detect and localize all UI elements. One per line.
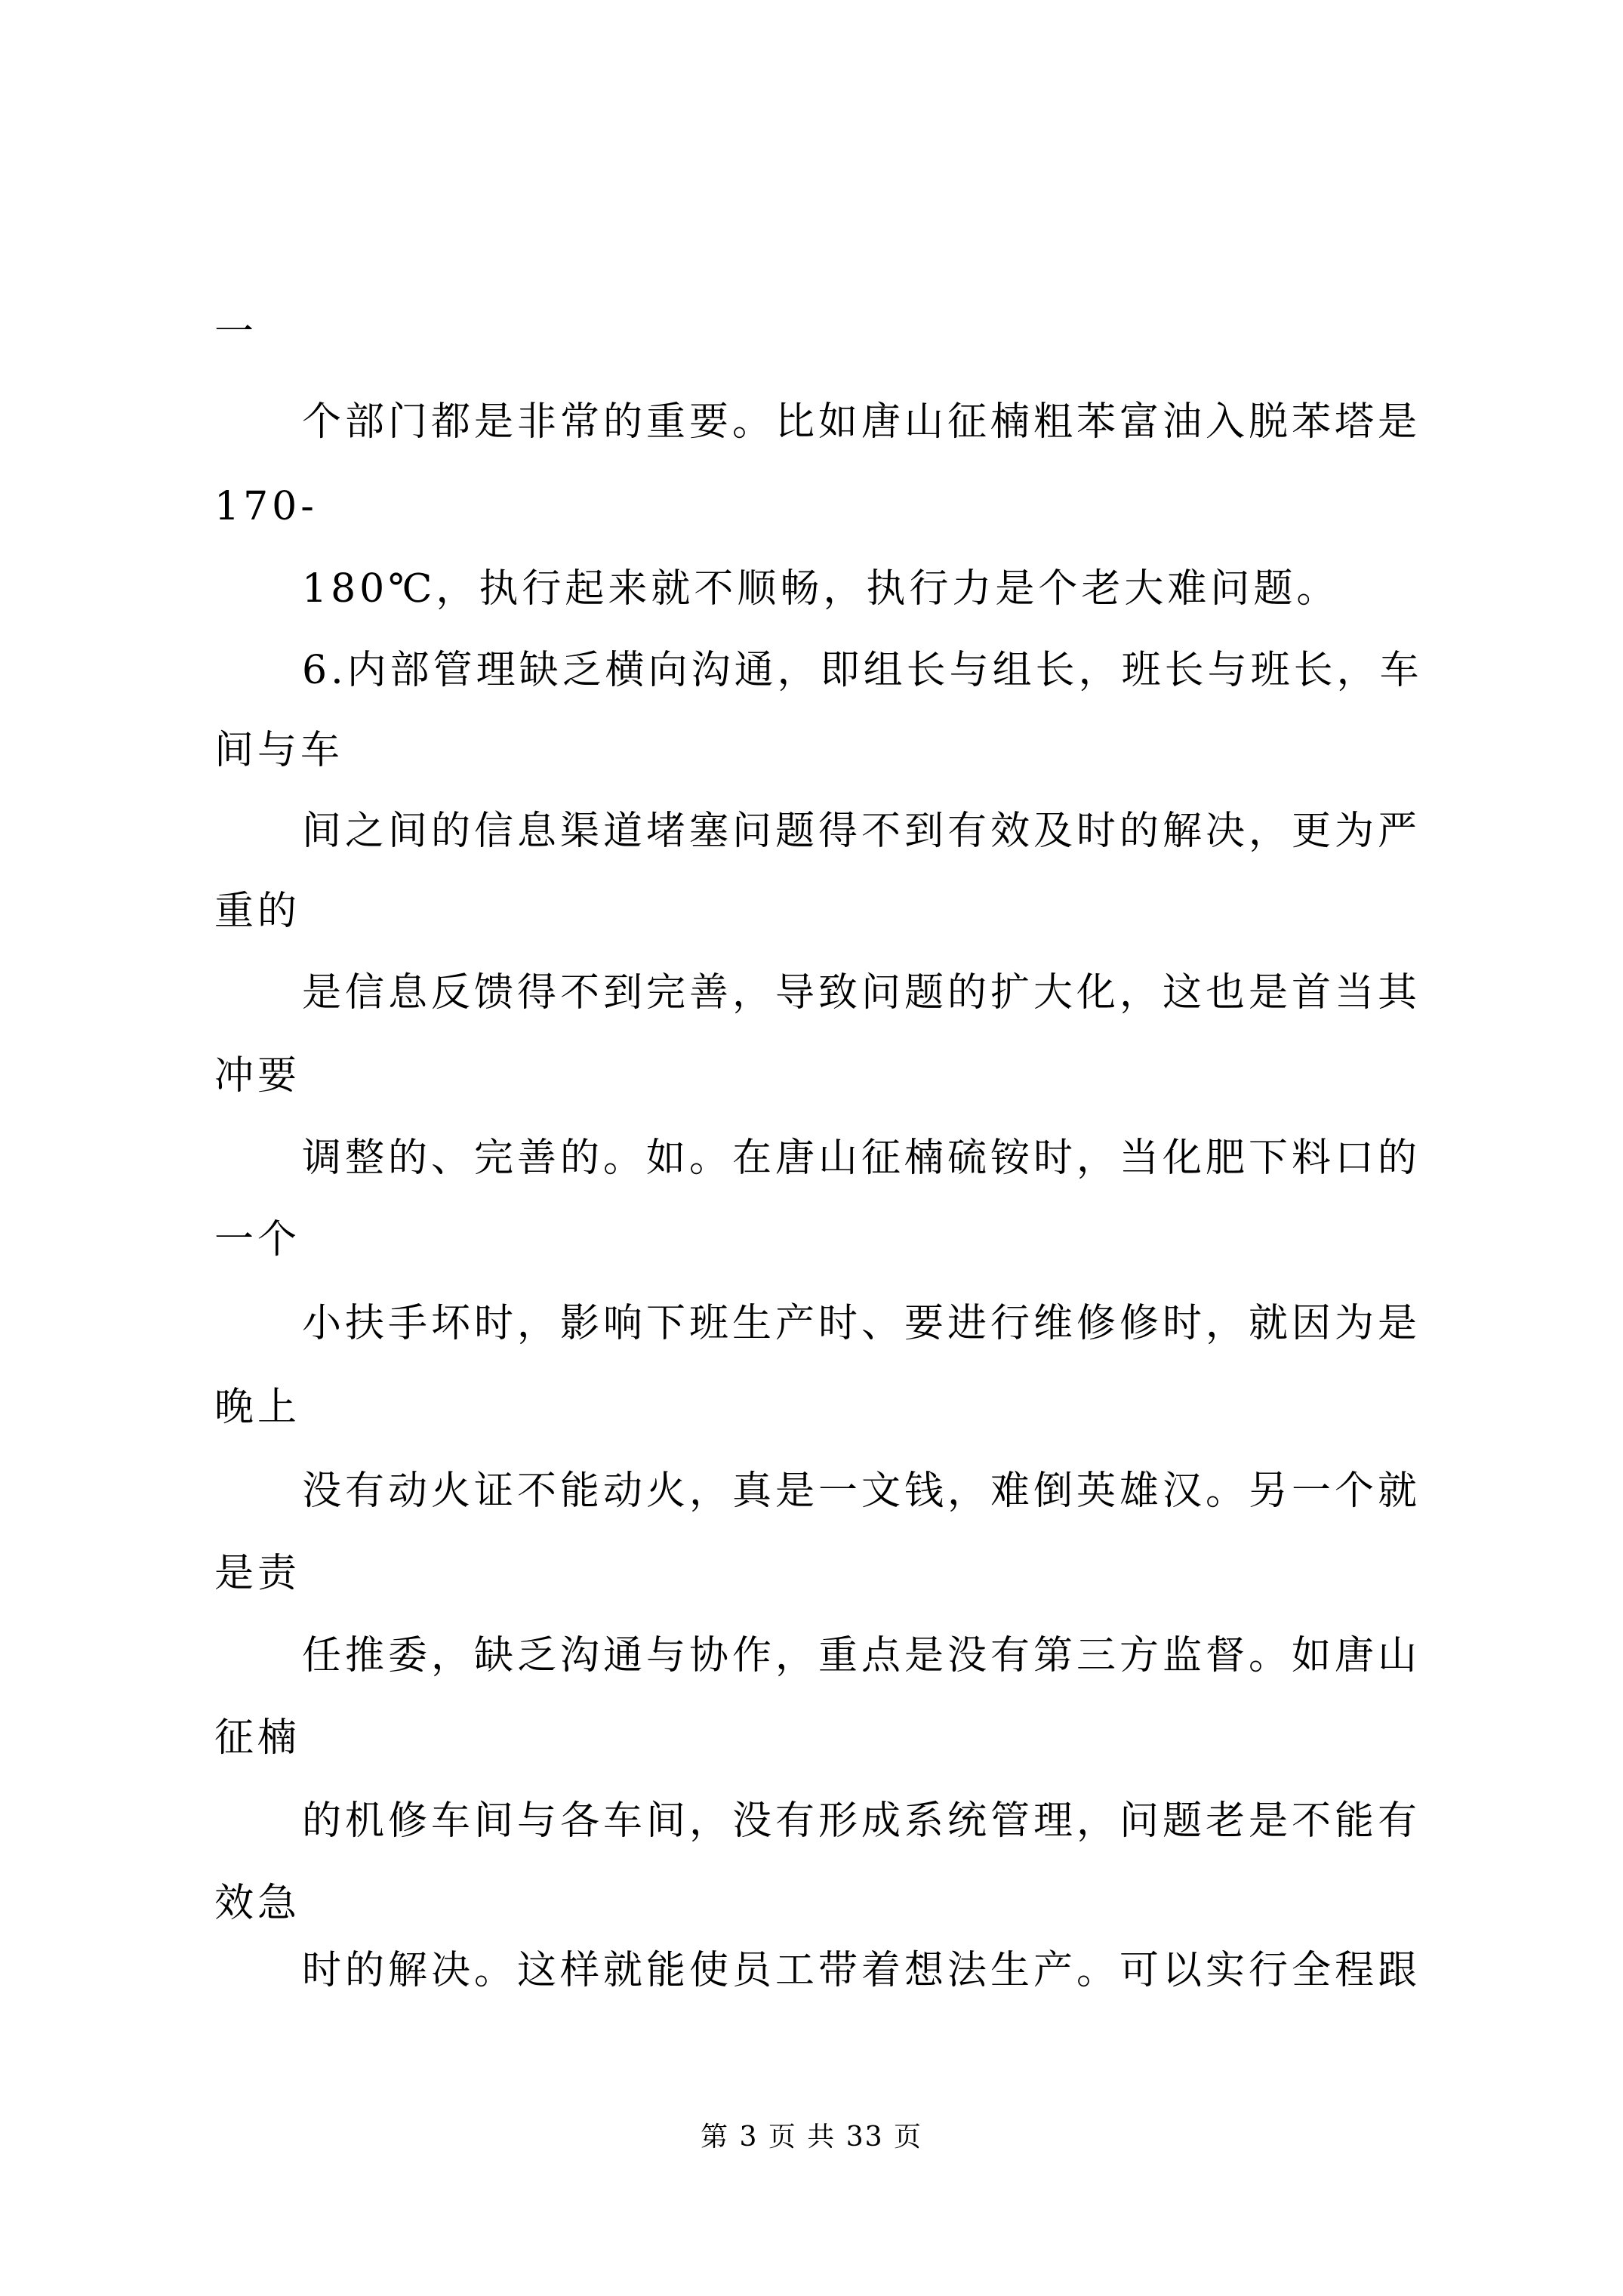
text-line: 170-	[214, 480, 318, 533]
text-line: 间之间的信息渠道堵塞问题得不到有效及时的解决，更为严	[302, 805, 1421, 858]
document-page: 一 个部门都是非常的重要。比如唐山征楠粗苯富油入脱苯塔是 170- 180℃，执…	[0, 0, 1623, 2296]
text-line: 一个	[214, 1213, 300, 1266]
text-line: 6.内部管理缺乏横向沟通，即组长与组长，班长与班长，车	[302, 644, 1423, 697]
text-line: 时的解决。这样就能使员工带着想法生产。可以实行全程跟	[302, 1944, 1421, 1997]
text-line: 冲要	[214, 1049, 300, 1102]
text-line: 是信息反馈得不到完善，导致问题的扩大化，这也是首当其	[302, 966, 1421, 1019]
text-line: 效急	[214, 1877, 300, 1930]
text-line: 180℃，执行起来就不顺畅，执行力是个老大难问题。	[302, 562, 1339, 615]
text-line: 没有动火证不能动火，真是一文钱，难倒英雄汉。另一个就	[302, 1465, 1421, 1518]
text-line: 晚上	[214, 1381, 300, 1434]
text-line: 个部门都是非常的重要。比如唐山征楠粗苯富油入脱苯塔是	[302, 396, 1421, 448]
text-line: 征楠	[214, 1712, 300, 1764]
text-line: 的机修车间与各车间，没有形成系统管理，问题老是不能有	[302, 1795, 1421, 1848]
text-line: 小扶手坏时，影响下班生产时、要进行维修修时，就因为是	[302, 1297, 1421, 1350]
text-line: 任推委，缺乏沟通与协作，重点是没有第三方监督。如唐山	[302, 1629, 1421, 1682]
text-line: 重的	[214, 885, 300, 938]
text-line: 调整的、完善的。如。在唐山征楠硫铵时，当化肥下料口的	[302, 1132, 1421, 1185]
text-line: 是责	[214, 1547, 300, 1600]
text-line: 间与车	[214, 724, 343, 777]
text-line: 一	[214, 306, 257, 359]
page-number-footer: 第 3 页 共 33 页	[0, 2120, 1623, 2155]
